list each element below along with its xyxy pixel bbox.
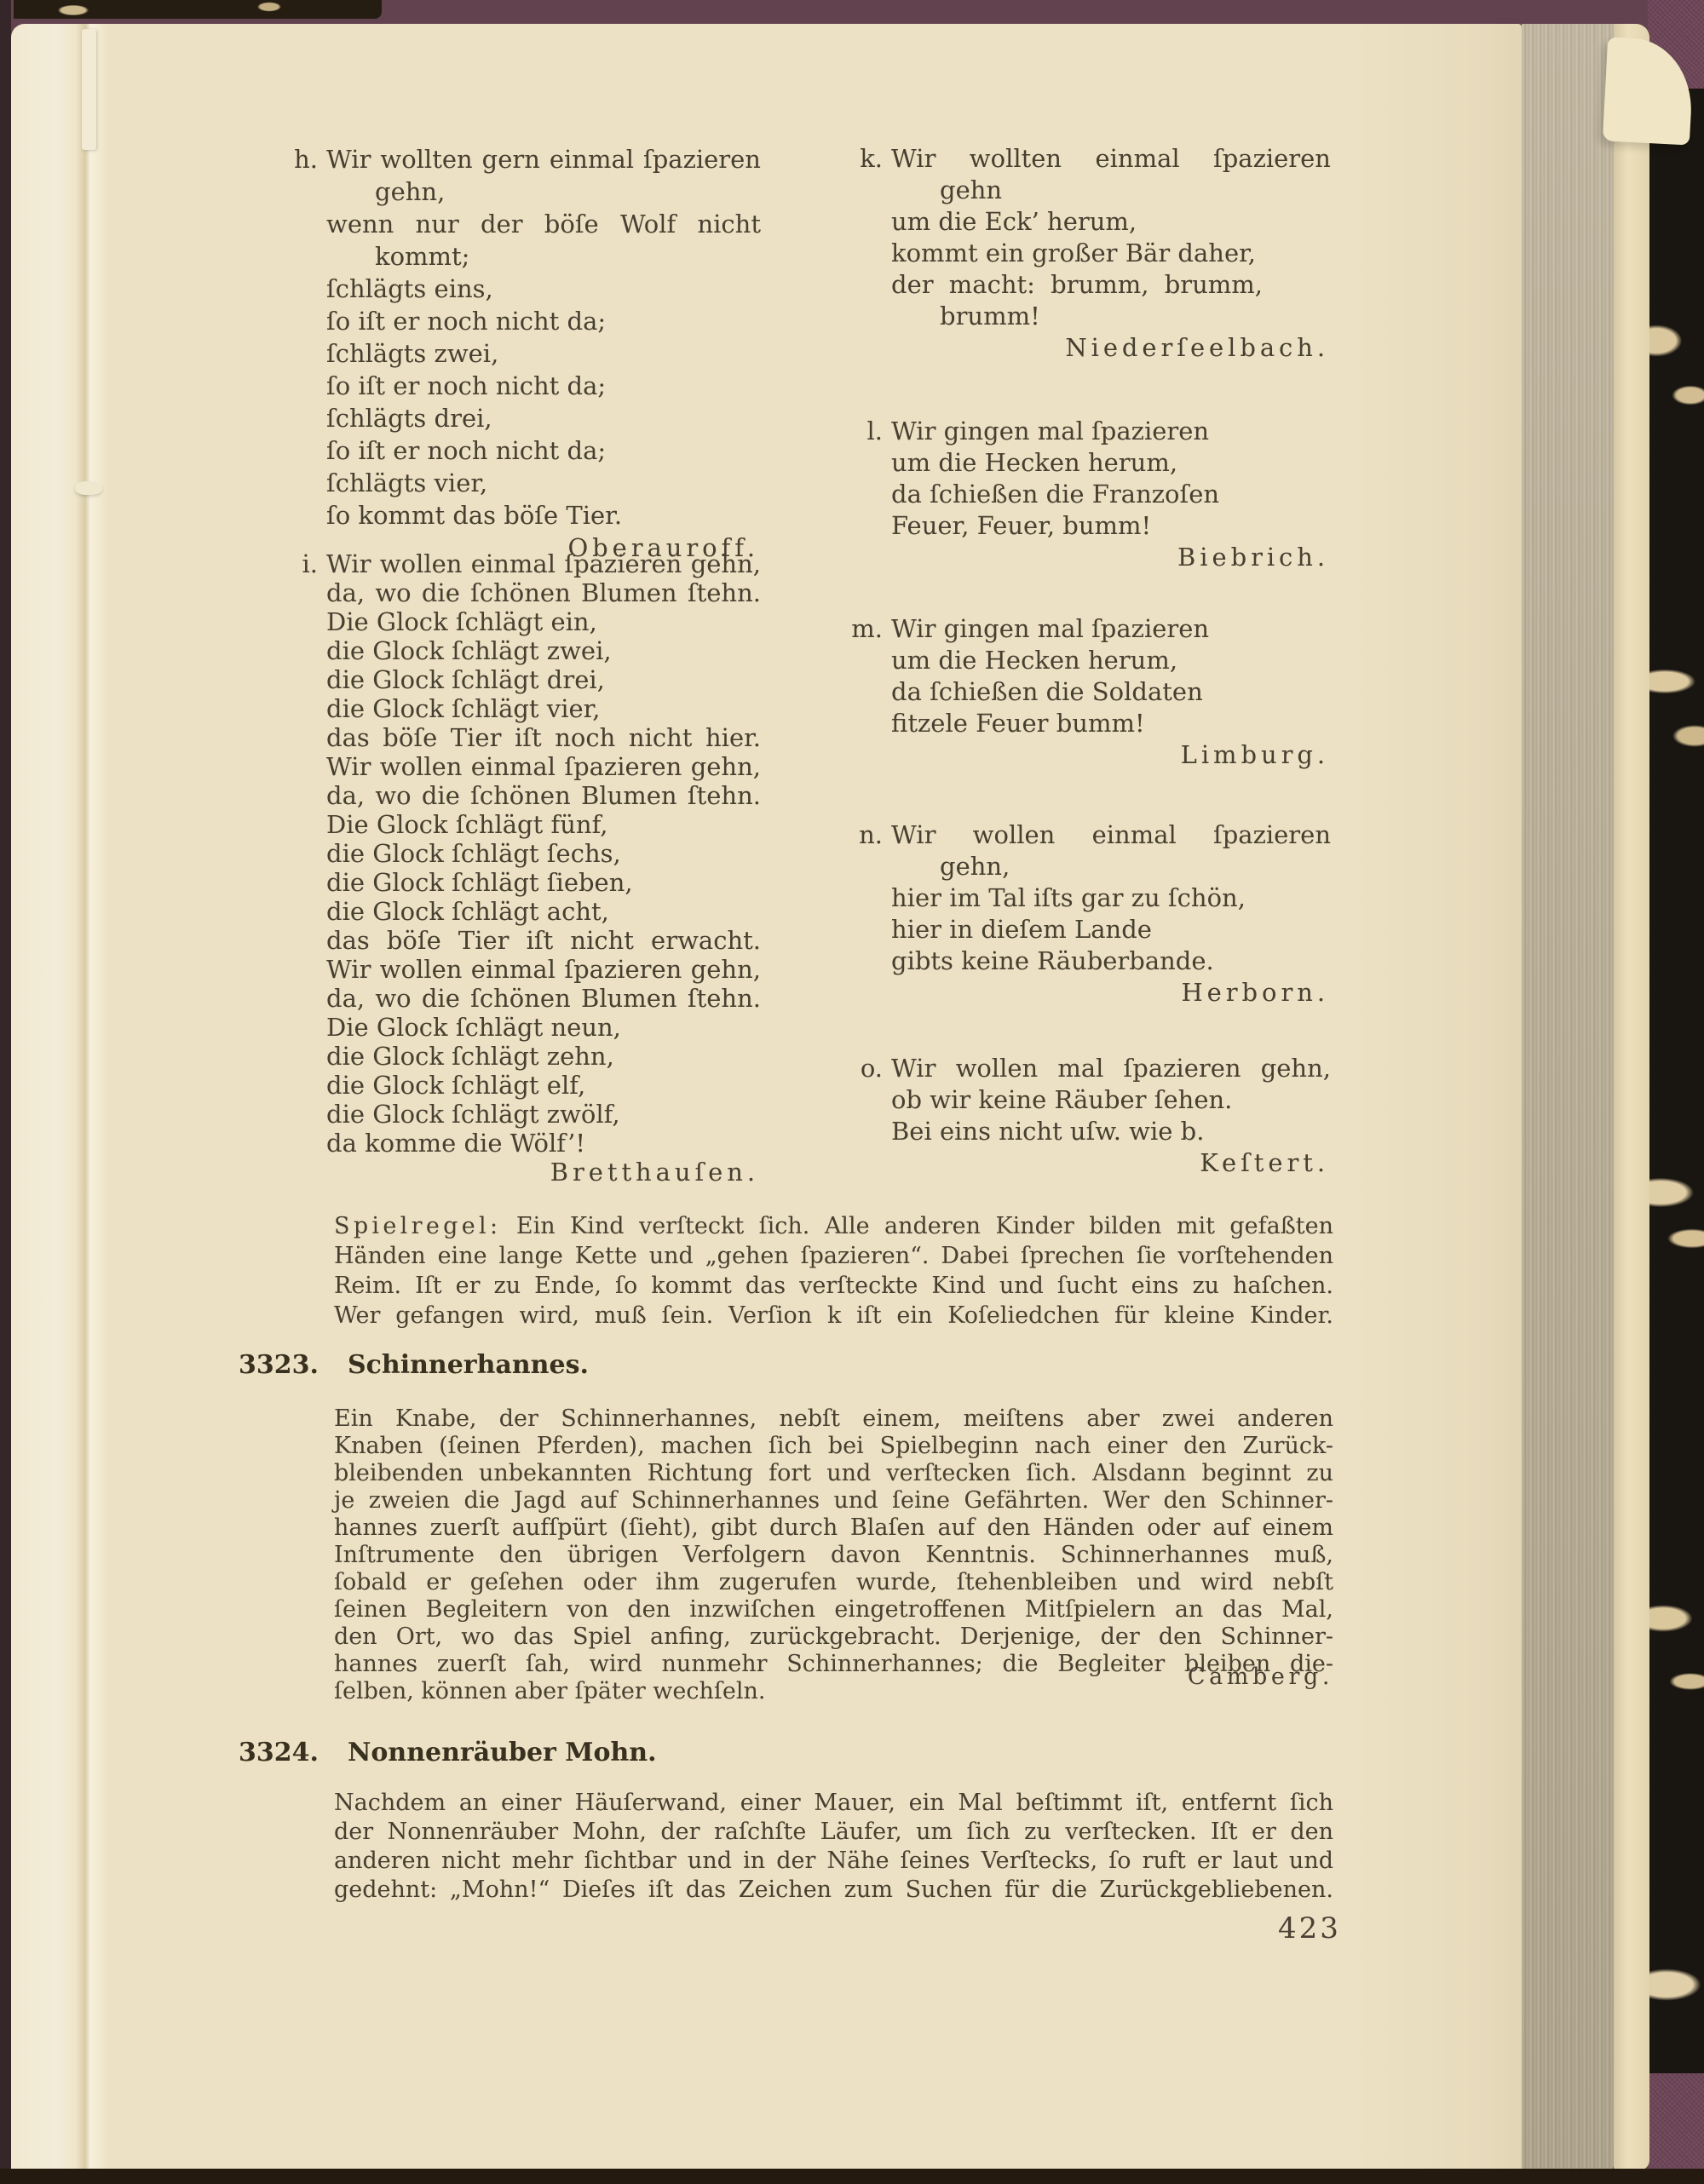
verse-k: k. Wir wollten einmal ſpazieren gehn um … xyxy=(891,143,1331,364)
signature: Bretthauſen. xyxy=(326,1158,761,1187)
verse-line: da ſchießen die Franzoſen xyxy=(891,479,1331,510)
paragraph-line: hannes zuerſt aufſpürt (ſieht), gibt dur… xyxy=(334,1514,1333,1542)
paragraph-line: anderen nicht mehr ſichtbar und in der N… xyxy=(334,1847,1333,1876)
verse-line: Wir gingen mal ſpazieren xyxy=(891,416,1331,447)
verse-line: gibts keine Räuberbande. xyxy=(891,945,1331,977)
spielregel-paragraph: Spielregel: Ein Kind verſteckt ſich. All… xyxy=(334,1211,1333,1331)
verse-line: da, wo die ſchönen Blumen ſtehn. xyxy=(326,984,761,1013)
paragraph-line: ſeinen Begleitern von den inzwiſchen ein… xyxy=(334,1596,1333,1624)
verse-line: da, wo die ſchönen Blumen ſtehn. xyxy=(326,578,761,607)
verse-line: um die Eck’ herum, xyxy=(891,206,1331,238)
verse-line: die Glock ſchlägt zwei, xyxy=(326,636,761,665)
verse-line: hier im Tal iſts gar zu ſchön, xyxy=(891,882,1331,914)
paragraph-text: ſelben, können aber ſpäter wechſeln. xyxy=(334,1678,766,1705)
verse-l: l. Wir gingen mal ſpazieren um die Hecke… xyxy=(891,416,1331,573)
verse-line: Wir wollen einmal ſpazieren gehn, xyxy=(326,549,761,578)
verse-line: wenn nur der böſe Wolf nicht xyxy=(326,208,761,240)
verse-line: ſo iſt er noch nicht da; xyxy=(326,370,761,402)
verse-label: o. xyxy=(845,1053,883,1084)
verse-line: ſchlägts zwei, xyxy=(326,337,761,370)
verse-line: das böſe Tier iſt nicht erwacht. xyxy=(326,926,761,955)
verse-n: n. Wir wollen einmal ſpazieren gehn, hie… xyxy=(891,819,1331,1009)
verse-line: kommt ein großer Bär daher, xyxy=(891,238,1331,269)
verse-line: kommt; xyxy=(326,240,761,273)
paragraph-text: Ein Kind verſteckt ſich. Alle anderen Ki… xyxy=(516,1213,1333,1239)
verse-line: die Glock ſchlägt elf, xyxy=(326,1071,761,1100)
verse-label: h. xyxy=(280,143,318,175)
paragraph-line: ſobald er geſehen oder ihm zugerufen wur… xyxy=(334,1569,1333,1596)
verse-line: gehn xyxy=(891,175,1331,206)
verse-line: Wir wollen einmal ſpazieren gehn, xyxy=(326,752,761,781)
verse-line: da ſchießen die Soldaten xyxy=(891,676,1331,708)
marbled-cover-top-strip xyxy=(14,0,382,19)
signature: Herborn. xyxy=(891,977,1331,1009)
entry-paragraph-3324: Nachdem an einer Häuſerwand, einer Mauer… xyxy=(334,1789,1333,1905)
verse-line: die Glock ſchlägt drei, xyxy=(326,665,761,694)
verse-label: k. xyxy=(845,143,883,175)
paragraph-line: Knaben (ſeinen Pferden), machen ſich bei… xyxy=(334,1433,1333,1460)
verse-line: ſo kommt das böſe Tier. xyxy=(326,499,761,532)
verse-line: die Glock ſchlägt ſechs, xyxy=(326,839,761,868)
signature: Keſtert. xyxy=(891,1147,1331,1179)
book-bottom-edge xyxy=(0,2169,1704,2184)
verse-line: ſchlägts vier, xyxy=(326,467,761,499)
verse-line: fitzele Feuer bumm! xyxy=(891,708,1331,739)
paragraph-line: ſelben, können aber ſpäter wechſeln. Cam… xyxy=(334,1678,1333,1705)
signature: Niederſeelbach. xyxy=(891,332,1331,364)
entry-paragraph-3323: Ein Knabe, der Schinnerhannes, nebſt ein… xyxy=(334,1405,1333,1705)
verse-line: Die Glock ſchlägt neun, xyxy=(326,1013,761,1042)
paragraph-line: der Nonnenräuber Mohn, der raſchſte Läuf… xyxy=(334,1818,1333,1847)
verse-line: Bei eins nicht uſw. wie b. xyxy=(891,1116,1331,1147)
verse-o: o. Wir wollen mal ſpazieren gehn, ob wir… xyxy=(891,1053,1331,1179)
verse-line: Die Glock ſchlägt fünf, xyxy=(326,810,761,839)
signature: Camberg. xyxy=(1188,1664,1333,1691)
book-left-edge xyxy=(0,0,11,2184)
verse-line: die Glock ſchlägt zwölf, xyxy=(326,1100,761,1129)
entry-title: Schinnerhannes. xyxy=(348,1350,589,1380)
verse-line: hier in dieſem Lande xyxy=(891,914,1331,945)
verse-line: die Glock ſchlägt acht, xyxy=(326,897,761,926)
paragraph-line: Inſtrumente den übrigen Verfolgern davon… xyxy=(334,1542,1333,1569)
verse-label: n. xyxy=(845,819,883,851)
verse-line: Wir wollten einmal ſpazieren xyxy=(891,143,1331,175)
verse-line: ſchlägts drei, xyxy=(326,402,761,434)
marbled-cover-edge xyxy=(1648,89,1704,2073)
paragraph-line: hannes zuerſt ſah, wird nunmehr Schinner… xyxy=(334,1651,1333,1678)
verse-line: Wir wollten gern einmal ſpazieren xyxy=(326,143,761,175)
verse-label: i. xyxy=(280,549,318,578)
signature: Biebrich. xyxy=(891,542,1331,573)
verse-label: m. xyxy=(845,613,883,645)
verse-line: Die Glock ſchlägt ein, xyxy=(326,607,761,636)
verse-line: das böſe Tier iſt noch nicht hier. xyxy=(326,723,761,752)
verse-line: Feuer, Feuer, bumm! xyxy=(891,510,1331,542)
verse-line: Wir wollen einmal ſpazieren xyxy=(891,819,1331,851)
verse-line: die Glock ſchlägt vier, xyxy=(326,694,761,723)
verse-line: ſchlägts eins, xyxy=(326,273,761,305)
paragraph-line: Ein Knabe, der Schinnerhannes, nebſt ein… xyxy=(334,1405,1333,1433)
verse-line: brumm! xyxy=(891,301,1331,332)
verse-line: der macht: brumm, brumm, xyxy=(891,269,1331,301)
binding-tape xyxy=(82,29,96,150)
verse-i: i. Wir wollen einmal ſpazieren gehn, da,… xyxy=(326,549,761,1187)
paragraph-line: Reim. Iſt er zu Ende, ſo kommt das verſt… xyxy=(334,1271,1333,1301)
signature: Limburg. xyxy=(891,739,1331,771)
verse-line: da komme die Wölf’! xyxy=(326,1129,761,1158)
verse-line: die Glock ſchlägt zehn, xyxy=(326,1042,761,1071)
verse-line: gehn, xyxy=(891,851,1331,882)
verse-line: um die Hecken herum, xyxy=(891,645,1331,676)
entry-heading-3323: 3323.Schinnerhannes. xyxy=(239,1350,589,1380)
verse-h: h. Wir wollten gern einmal ſpazieren geh… xyxy=(326,143,761,564)
verse-line: da, wo die ſchönen Blumen ſtehn. xyxy=(326,781,761,810)
verse-line: um die Hecken herum, xyxy=(891,447,1331,479)
paragraph-line: Wer gefangen wird, muß ſein. Verſion k i… xyxy=(334,1301,1333,1331)
verse-line: Wir wollen einmal ſpazieren gehn, xyxy=(326,955,761,984)
spielregel-label: Spielregel: xyxy=(334,1213,501,1239)
verse-line: ſo iſt er noch nicht da; xyxy=(326,305,761,337)
paragraph-line: bleibenden unbekannten Richtung fort und… xyxy=(334,1460,1333,1487)
paragraph-line: je zweien die Jagd auf Schinnerhannes un… xyxy=(334,1487,1333,1514)
entry-title: Nonnenräuber Mohn. xyxy=(348,1738,657,1767)
paragraph-line: den Ort, wo das Spiel anfing, zurückgebr… xyxy=(334,1624,1333,1651)
verse-line: ob wir keine Räuber ſehen. xyxy=(891,1084,1331,1116)
verse-line: gehn, xyxy=(326,175,761,208)
verse-line: ſo iſt er noch nicht da; xyxy=(326,434,761,467)
verse-m: m. Wir gingen mal ſpazieren um die Hecke… xyxy=(891,613,1331,771)
entry-number: 3324. xyxy=(239,1738,319,1767)
verse-line: Wir wollen mal ſpazieren gehn, xyxy=(891,1053,1331,1084)
binding-notch xyxy=(75,481,102,495)
paragraph-line: Nachdem an einer Häuſerwand, einer Mauer… xyxy=(334,1789,1333,1818)
page-outer-edge xyxy=(1614,24,1649,2170)
verse-line: Wir gingen mal ſpazieren xyxy=(891,613,1331,645)
page-edge-stack xyxy=(1522,24,1614,2170)
entry-heading-3324: 3324.Nonnenräuber Mohn. xyxy=(239,1738,657,1767)
page-number: 423 xyxy=(1278,1911,1341,1945)
paragraph-line: Händen eine lange Kette und „gehen ſpazi… xyxy=(334,1241,1333,1271)
scanned-book-page: h. Wir wollten gern einmal ſpazieren geh… xyxy=(0,0,1704,2184)
paragraph-line: Spielregel: Ein Kind verſteckt ſich. All… xyxy=(334,1211,1333,1241)
verse-line: die Glock ſchlägt ſieben, xyxy=(326,868,761,897)
entry-number: 3323. xyxy=(239,1350,319,1380)
paragraph-line: gedehnt: „Mohn!“ Dieſes iſt das Zeichen … xyxy=(334,1876,1333,1905)
verse-label: l. xyxy=(845,416,883,447)
